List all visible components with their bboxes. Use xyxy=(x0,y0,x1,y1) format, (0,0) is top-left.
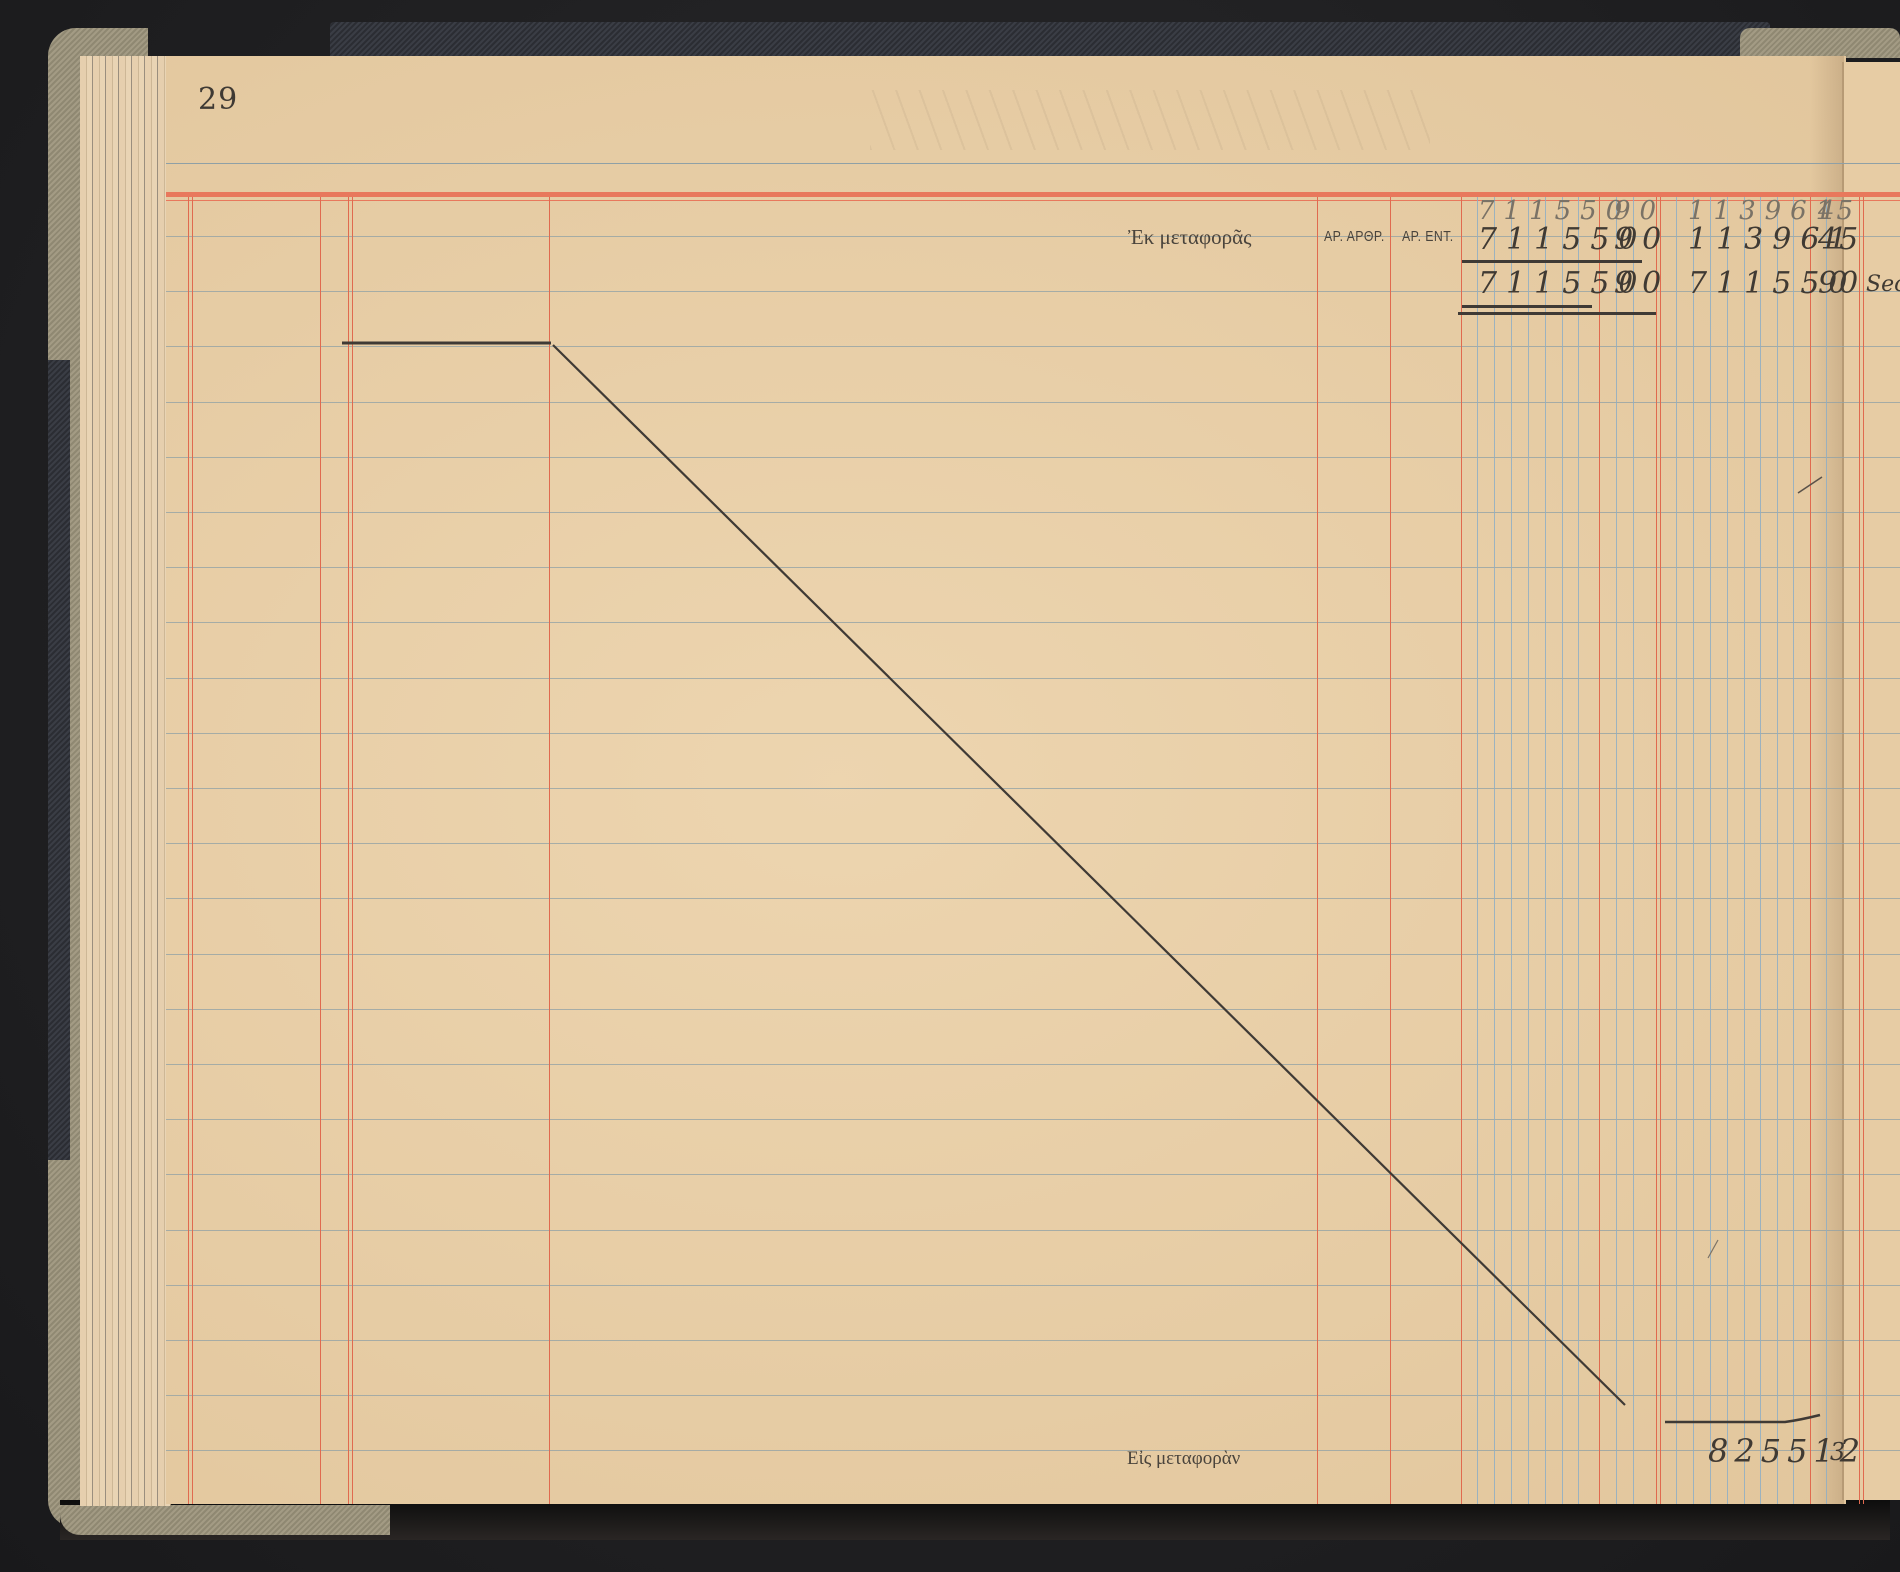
carried-to-label: Εἰς μεταφορὰν xyxy=(1127,1448,1240,1470)
cancellation-strokes xyxy=(0,0,1900,1572)
carried-to-cents: 3 xyxy=(1830,1438,1845,1466)
